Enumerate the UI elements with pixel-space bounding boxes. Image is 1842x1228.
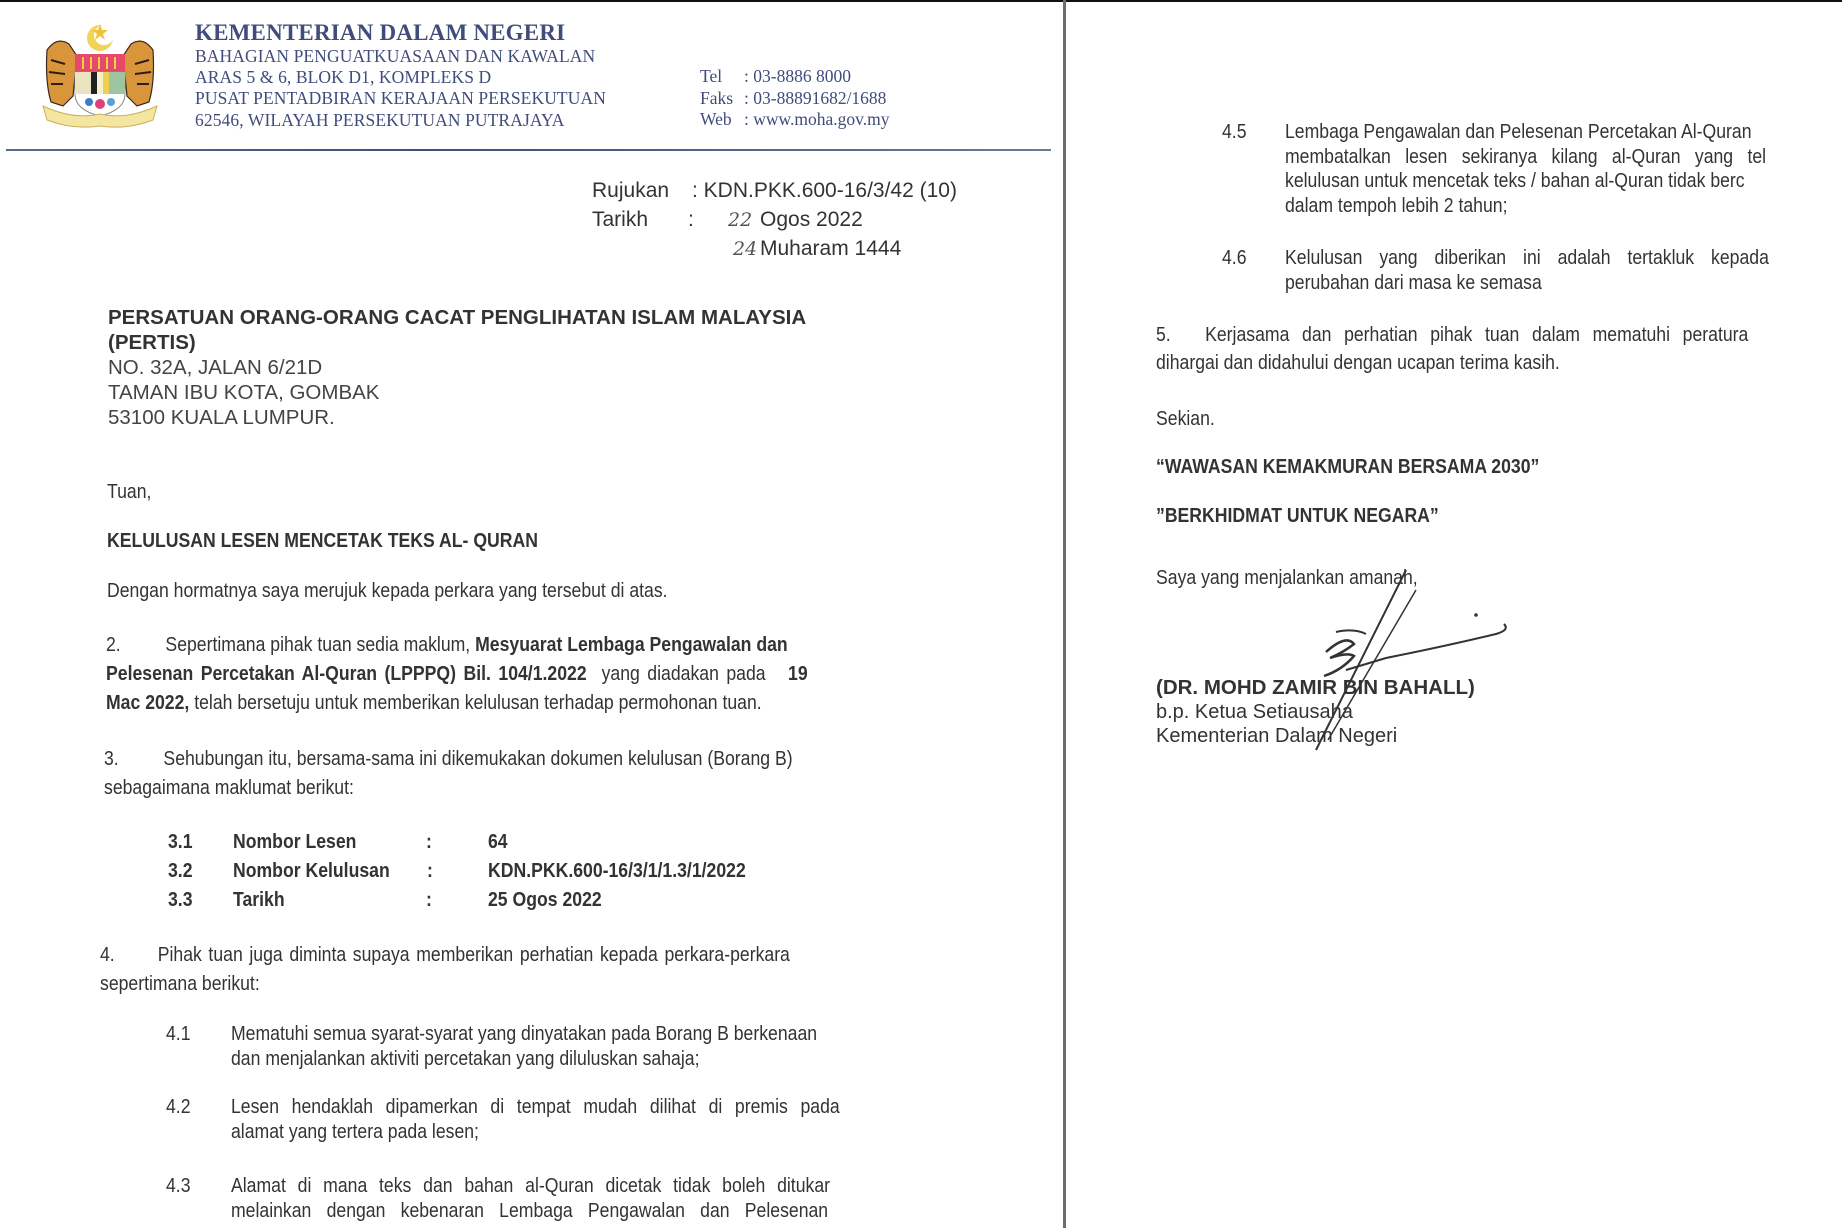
para-text: Sepertimana pihak tuan sedia maklum,	[165, 633, 470, 656]
item-number: 4.2	[166, 1095, 191, 1119]
signatory-position: b.p. Ketua Setiausaha	[1156, 701, 1353, 724]
detail-label: Nombor Kelulusan	[233, 859, 390, 883]
para-text-bold: 19	[788, 662, 808, 685]
signatory-department: Kementerian Dalam Negeri	[1156, 725, 1397, 748]
para3-line2: sebagaimana maklumat berikut:	[104, 776, 354, 800]
para2-line2: Pelesenan Percetakan Al-Quran (LPPPQ) Bi…	[106, 662, 808, 686]
address-line: 62546, WILAYAH PERSEKUTUAN PUTRAJAYA	[195, 110, 565, 131]
closing: Sekian.	[1156, 407, 1215, 431]
detail-number: 3.3	[168, 888, 193, 912]
item-text: Mematuhi semua syarat-syarat yang dinyat…	[231, 1022, 817, 1046]
slogan-berkhidmat: ”BERKHIDMAT UNTUK NEGARA”	[1156, 504, 1439, 528]
para-text-bold: Pelesenan Percetakan Al-Quran (LPPPQ) Bi…	[106, 662, 587, 685]
para3-line1: 3.Sehubungan itu, bersama-sama ini dikem…	[104, 747, 793, 771]
item-number: 4.1	[166, 1022, 191, 1046]
malaysia-coat-of-arms-icon	[33, 20, 167, 128]
handwritten-hijri-day: 24	[733, 238, 757, 260]
rujukan-label: Rujukan	[592, 179, 669, 203]
item-text: dalam tempoh lebih 2 tahun;	[1285, 194, 1507, 218]
recipient-abbr: (PERTIS)	[108, 331, 196, 355]
contact-label: Faks	[700, 88, 744, 109]
address-line: PUSAT PENTADBIRAN KERAJAAN PERSEKUTUAN	[195, 88, 606, 109]
para-text: Kerjasama dan perhatian pihak tuan dalam…	[1205, 323, 1748, 346]
item-number: 4.5	[1222, 120, 1247, 144]
contact-web: Web: www.moha.gov.my	[700, 109, 890, 130]
para-text: Sehubungan itu, bersama-sama ini dikemuk…	[163, 747, 792, 770]
license-number: 64	[488, 830, 508, 854]
letter-page-1: KEMENTERIAN DALAM NEGERI BAHAGIAN PENGUA…	[0, 0, 1063, 1228]
division-name: BAHAGIAN PENGUATKUASAAN DAN KAWALAN	[195, 46, 595, 67]
para-text-bold: Mesyuarat Lembaga Pengawalan dan	[475, 633, 788, 656]
recipient-address: TAMAN IBU KOTA, GOMBAK	[108, 381, 379, 405]
contact-value: : 03-8886 8000	[744, 66, 851, 86]
detail-colon: :	[426, 830, 432, 854]
para5-line2: dihargai dan didahului dengan ucapan ter…	[1156, 351, 1560, 375]
recipient-name: PERSATUAN ORANG-ORANG CACAT PENGLIHATAN …	[108, 306, 806, 330]
contact-tel: Tel: 03-8886 8000	[700, 66, 851, 87]
contact-value: : www.moha.gov.my	[744, 109, 890, 129]
item-text: Alamat di mana teks dan bahan al-Quran d…	[231, 1174, 830, 1198]
recipient-address: NO. 32A, JALAN 6/21D	[108, 356, 322, 380]
item-text: kelulusan untuk mencetak teks / bahan al…	[1285, 169, 1745, 193]
ministry-name: KEMENTERIAN DALAM NEGERI	[195, 20, 565, 46]
para-text: yang diadakan pada	[602, 662, 766, 685]
item-text: membatalkan lesen sekiranya kilang al-Qu…	[1285, 145, 1766, 169]
item-text: perubahan dari masa ke semasa	[1285, 271, 1542, 295]
para-number: 4.	[100, 943, 115, 966]
para-number: 5.	[1156, 323, 1171, 346]
tarikh-colon: :	[688, 208, 694, 232]
approval-date: 25 Ogos 2022	[488, 888, 602, 912]
detail-colon: :	[426, 888, 432, 912]
para4-line1: 4.Pihak tuan juga diminta supaya memberi…	[100, 943, 790, 967]
recipient-address: 53100 KUALA LUMPUR.	[108, 406, 335, 430]
item-number: 4.6	[1222, 246, 1247, 270]
rujukan-value: : KDN.PKK.600-16/3/42 (10)	[692, 179, 957, 203]
para-text: telah bersetuju untuk memberikan kelulus…	[194, 691, 761, 714]
detail-label: Tarikh	[233, 888, 285, 912]
approval-number: KDN.PKK.600-16/3/1/1.3/1/2022	[488, 859, 746, 883]
salutation: Tuan,	[107, 480, 151, 504]
address-line: ARAS 5 & 6, BLOK D1, KOMPLEKS D	[195, 67, 491, 88]
contact-fax: Faks: 03-88891682/1688	[700, 88, 886, 109]
item-text: Kelulusan yang diberikan ini adalah tert…	[1285, 246, 1769, 270]
para-text: Pihak tuan juga diminta supaya memberika…	[158, 943, 790, 966]
slogan-wawasan: “WAWASAN KEMAKMURAN BERSAMA 2030”	[1156, 455, 1539, 479]
para-number: 2.	[106, 633, 121, 656]
tarikh-value: Ogos 2022	[760, 208, 863, 232]
intro-paragraph: Dengan hormatnya saya merujuk kepada per…	[107, 579, 668, 603]
contact-value: : 03-88891682/1688	[744, 88, 886, 108]
item-text: Lembaga Pengawalan dan Pelesenan Perceta…	[1285, 120, 1752, 144]
contact-label: Web	[700, 109, 744, 130]
item-text: alamat yang tertera pada lesen;	[231, 1120, 479, 1144]
signatory-name: (DR. MOHD ZAMIR BIN BAHALL)	[1156, 676, 1475, 700]
item-text: Lesen hendaklah dipamerkan di tempat mud…	[231, 1095, 840, 1119]
detail-number: 3.1	[168, 830, 193, 854]
handwritten-day: 22	[728, 209, 752, 231]
hijri-date: Muharam 1444	[760, 237, 901, 261]
para5-line1: 5.Kerjasama dan perhatian pihak tuan dal…	[1156, 323, 1748, 347]
item-text: melainkan dengan kebenaran Lembaga Penga…	[231, 1199, 828, 1223]
letterhead-rule	[6, 149, 1051, 151]
para2-line1: 2.Sepertimana pihak tuan sedia maklum, M…	[106, 633, 788, 657]
para-number: 3.	[104, 747, 119, 770]
detail-number: 3.2	[168, 859, 193, 883]
tarikh-label: Tarikh	[592, 208, 648, 232]
item-number: 4.3	[166, 1174, 191, 1198]
para2-line3: Mac 2022, telah bersetuju untuk memberik…	[106, 691, 762, 715]
letter-page-2: 4.5 Lembaga Pengawalan dan Pelesenan Per…	[1066, 0, 1842, 1228]
para4-line2: sepertimana berikut:	[100, 972, 260, 996]
detail-label: Nombor Lesen	[233, 830, 356, 854]
para-text-bold: Mac 2022,	[106, 691, 189, 714]
detail-colon: :	[427, 859, 433, 883]
item-text: dan menjalankan aktiviti percetakan yang…	[231, 1047, 699, 1071]
subject: KELULUSAN LESEN MENCETAK TEKS AL- QURAN	[107, 529, 538, 553]
contact-label: Tel	[700, 66, 744, 87]
